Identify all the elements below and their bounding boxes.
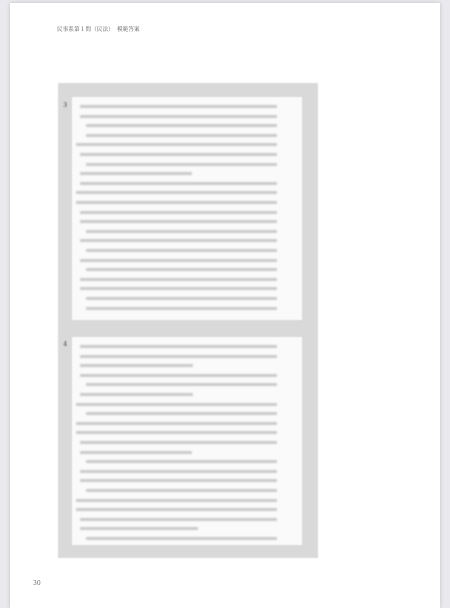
blurred-text-line [80,345,277,348]
blurred-text-line [80,220,277,223]
blurred-text-line [80,393,193,396]
blurred-text-line [80,479,277,482]
blurred-text-line [80,527,198,530]
blurred-text-line [80,153,277,156]
blurred-text-line [80,451,192,454]
blurred-text-line [86,383,277,386]
blurred-text-line [76,508,277,511]
blurred-text-line [86,163,277,166]
blurred-text-line [76,422,277,425]
blurred-text-line [76,201,277,204]
blurred-text-line [80,172,192,175]
blurred-text-line [76,143,277,146]
blurred-text-line [80,182,277,185]
blurred-text-line [76,191,277,194]
blurred-text-line [86,230,277,233]
blurred-text-line [86,134,277,137]
section-label-4: 4 [63,341,67,348]
blurred-text-line [80,518,277,521]
answer-panel-4 [72,337,302,545]
page-number: 30 [33,580,41,587]
blurred-text-line [86,297,277,300]
blurred-text-line [80,259,277,262]
blurred-text-line [86,268,277,271]
answer-block: 3 4 [58,83,318,558]
blurred-text-line [80,105,277,108]
answer-panel-3 [72,97,302,320]
blurred-text-line [80,278,277,281]
blurred-text-line [80,115,277,118]
blurred-text-line [86,124,277,127]
blurred-text-line [76,499,277,502]
blurred-text-line [86,489,277,492]
blurred-text-line [80,287,277,290]
blurred-text-line [76,403,277,406]
blurred-text-line [76,431,277,434]
page-header: 民事系第１問（民法） 模範答案 [57,25,140,33]
blurred-text-line [86,460,277,463]
blurred-text-line [86,537,277,540]
blurred-text-line [86,249,277,252]
section-label-3: 3 [63,102,67,109]
blurred-text-line [80,374,277,377]
blurred-text-line [80,211,277,214]
blurred-text-line [80,355,277,358]
blurred-text-line [80,441,277,444]
blurred-text-line [86,307,277,310]
blurred-text-line [80,470,277,473]
blurred-text-line [80,239,277,242]
blurred-text-line [80,364,193,367]
blurred-text-line [86,412,277,415]
document-page: 民事系第１問（民法） 模範答案 3 4 30 [10,3,440,608]
